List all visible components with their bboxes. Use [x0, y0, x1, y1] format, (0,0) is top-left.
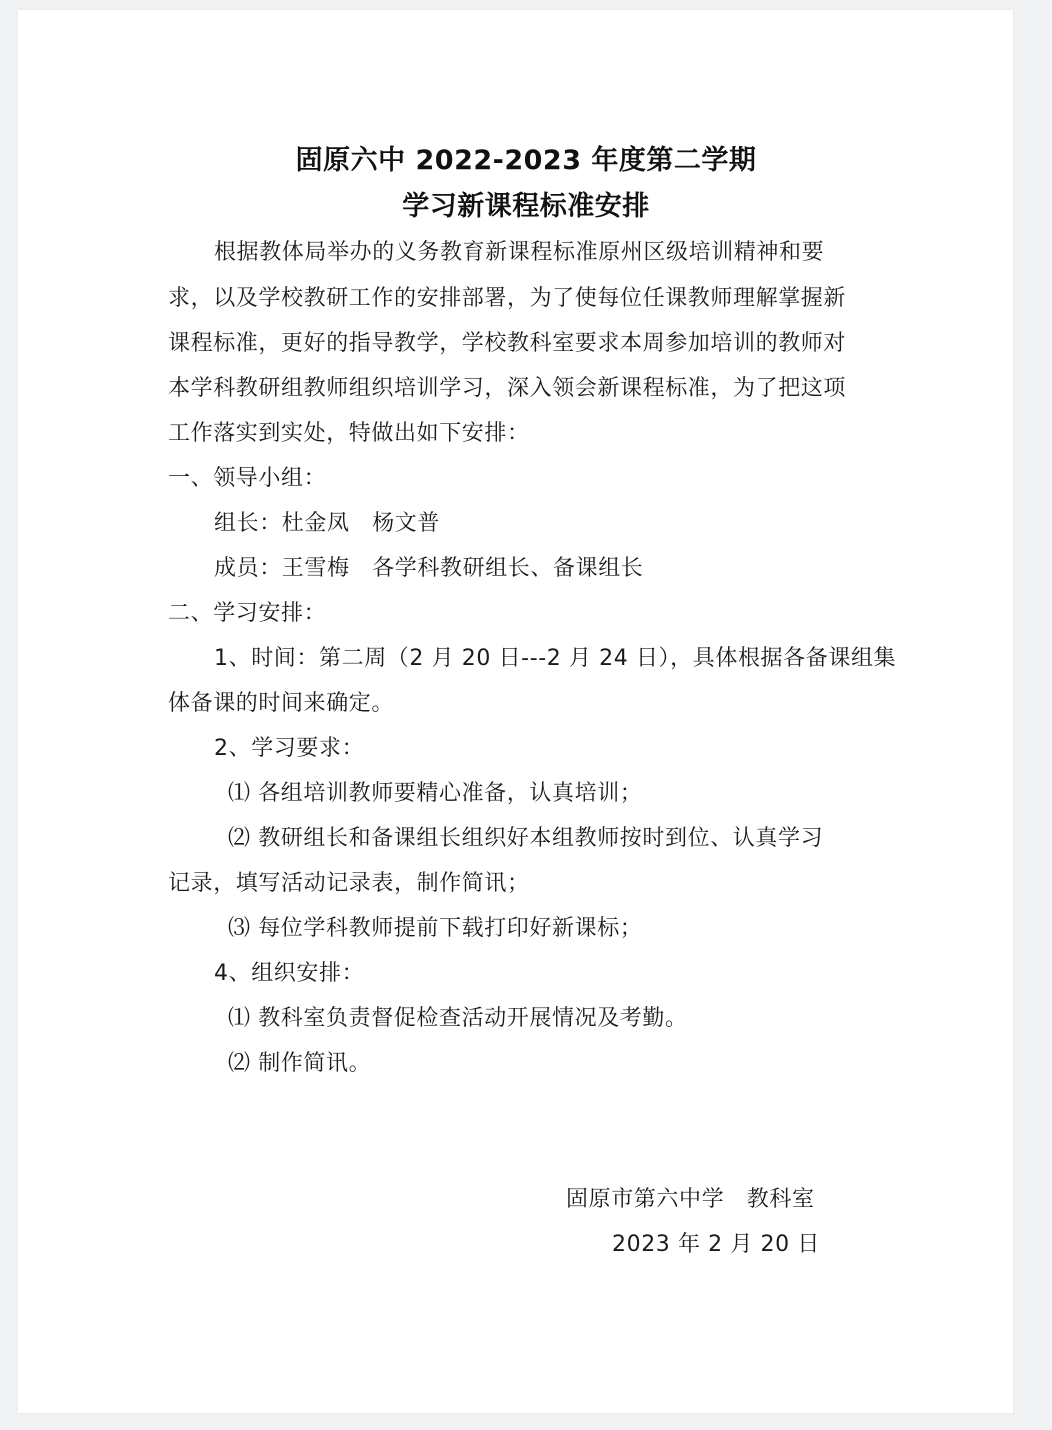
members-line: 成员：王雪梅 各学科教研组长、备课组长	[214, 551, 643, 582]
requirement-item: ⑵ 教研组长和备课组长组织好本组教师按时到位、认真学习	[228, 821, 823, 852]
section1-heading: 一、领导小组：	[168, 461, 326, 492]
requirement-item: ⑶ 每位学科教师提前下载打印好新课标；	[228, 911, 642, 942]
requirements-heading: 2、学习要求：	[214, 731, 364, 762]
intro-line: 求，以及学校教研工作的安排部署，为了使每位任课教师理解掌握新	[168, 281, 846, 312]
document-title-line1: 固原六中 2022-2023 年度第二学期	[0, 138, 1052, 177]
time-line: 1、时间：第二周（2 月 20 日---2 月 24 日），具体根据各备课组集	[214, 641, 896, 672]
signature-org: 固原市第六中学 教科室	[566, 1182, 815, 1213]
signature-date: 2023 年 2 月 20 日	[612, 1227, 820, 1258]
requirement-item: ⑴ 各组培训教师要精心准备，认真培训；	[228, 776, 642, 807]
time-line-cont: 体备课的时间来确定。	[168, 686, 394, 717]
intro-line: 工作落实到实处，特做出如下安排：	[168, 416, 530, 447]
intro-line: 本学科教研组教师组织培训学习，深入领会新课程标准，为了把这项	[168, 371, 846, 402]
organization-item: ⑴ 教科室负责督促检查活动开展情况及考勤。	[228, 1001, 688, 1032]
intro-line: 课程标准，更好的指导教学，学校教科室要求本周参加培训的教师对	[168, 326, 846, 357]
organization-heading: 4、组织安排：	[214, 956, 364, 987]
document-title-line2: 学习新课程标准安排	[0, 184, 1052, 223]
requirement-item-cont: 记录，填写活动记录表，制作简讯；	[168, 866, 530, 897]
leader-line: 组长：杜金凤 杨文普	[214, 506, 440, 537]
intro-line: 根据教体局举办的义务教育新课程标准原州区级培训精神和要	[214, 235, 824, 266]
organization-item: ⑵ 制作简讯。	[228, 1046, 371, 1077]
section2-heading: 二、学习安排：	[168, 596, 326, 627]
